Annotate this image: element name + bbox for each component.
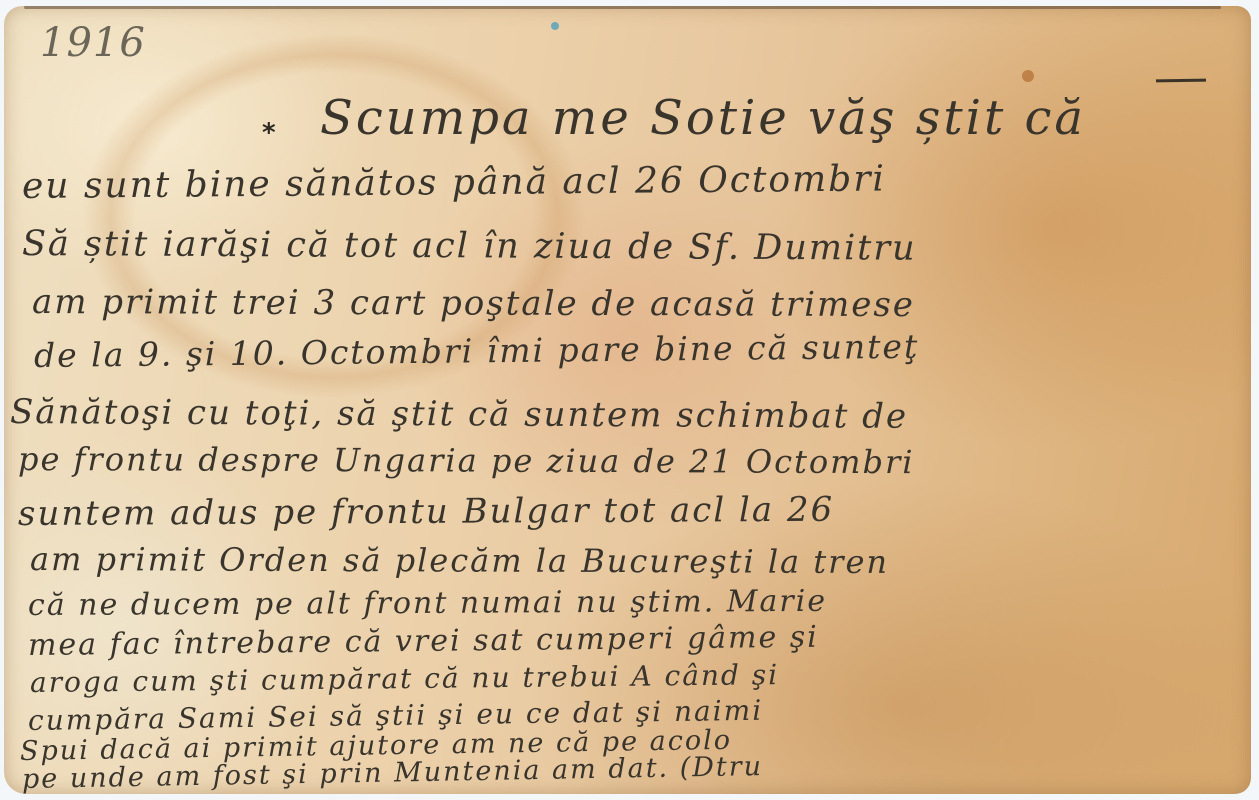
rust-stain bbox=[1022, 70, 1034, 82]
year-annotation: 1916 bbox=[40, 20, 146, 66]
letter-line-4: de la 9. şi 10. Octombri îmi pare bine c… bbox=[34, 327, 920, 375]
letter-line-3: am primit trei 3 cart poştale de acasă t… bbox=[32, 282, 915, 325]
pencil-dash bbox=[1156, 79, 1206, 83]
letter-line-9: că ne ducem pe alt front numai nu ştim. … bbox=[28, 584, 827, 623]
letter-line-5: Sănătoşi cu toţi, să ştit că suntem schi… bbox=[10, 392, 908, 437]
asterisk-mark: * bbox=[262, 118, 276, 148]
blue-ink-dot bbox=[551, 22, 559, 30]
postcard: 1916 * Scumpa me Sotie văş știt că eu su… bbox=[4, 6, 1251, 794]
card-top-edge bbox=[24, 6, 1221, 9]
letter-line-11: aroga cum şti cumpărat că nu trebui A câ… bbox=[30, 658, 779, 699]
letter-line-2: Să știt iarăşi că tot acl în ziua de Sf.… bbox=[22, 224, 917, 269]
salutation-line: Scumpa me Sotie văş știt că bbox=[320, 90, 1086, 146]
letter-line-6: pe frontu despre Ungaria pe ziua de 21 O… bbox=[18, 440, 915, 481]
letter-line-1: eu sunt bine sănătos până acl 26 Octombr… bbox=[22, 158, 886, 207]
letter-line-8: am primit Orden să plecăm la Bucureşti l… bbox=[30, 540, 889, 581]
letter-line-10: mea fac întrebare că vrei sat cumperi gâ… bbox=[28, 620, 819, 663]
letter-line-7: suntem adus pe frontu Bulgar tot acl la … bbox=[18, 490, 834, 534]
